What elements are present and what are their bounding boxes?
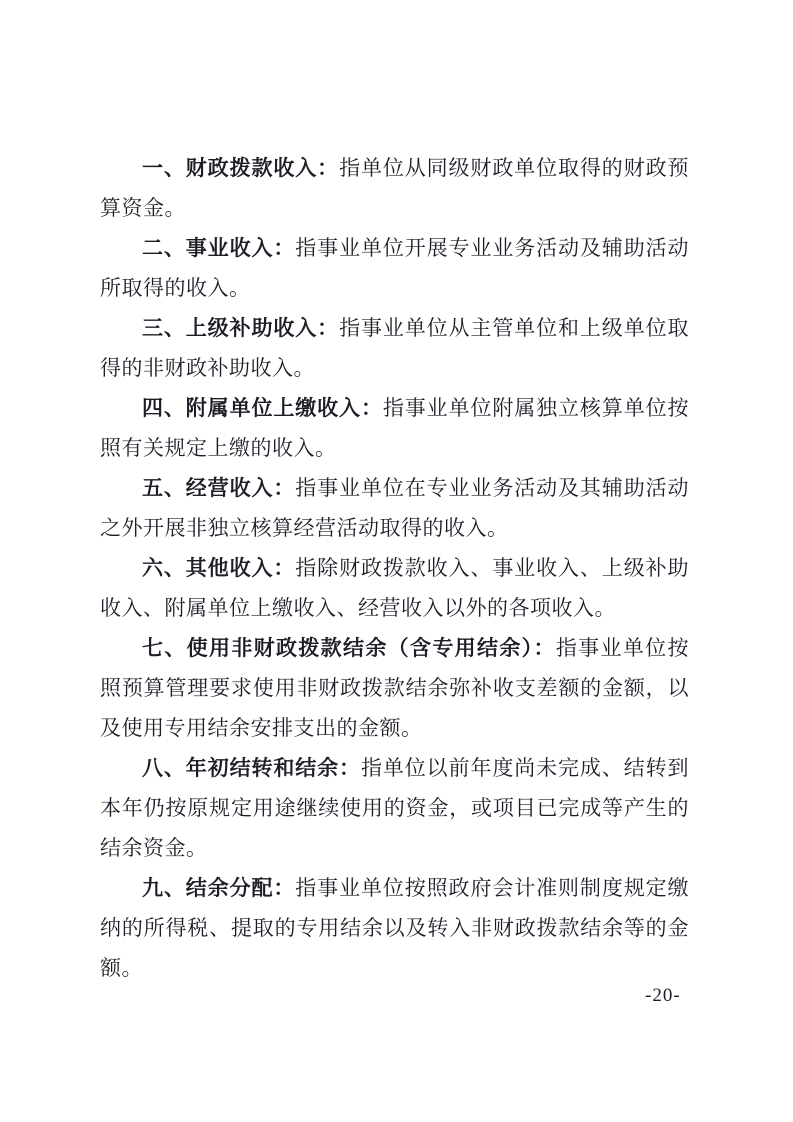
definition-paragraph: 八、年初结转和结余：指单位以前年度尚未完成、结转到本年仍按原规定用途继续使用的资…	[100, 748, 689, 868]
term-label: 五、经营收入：	[142, 476, 295, 500]
definition-paragraph: 五、经营收入：指事业单位在专业业务活动及其辅助活动之外开展非独立核算经营活动取得…	[100, 468, 689, 548]
definition-paragraph: 三、上级补助收入：指事业单位从主管单位和上级单位取得的非财政补助收入。	[100, 308, 689, 388]
term-label: 一、财政拨款收入：	[142, 156, 339, 180]
term-label: 二、事业收入：	[142, 236, 295, 260]
document-page: 一、财政拨款收入：指单位从同级财政单位取得的财政预算资金。 二、事业收入：指事业…	[0, 0, 793, 1122]
term-label: 八、年初结转和结余：	[142, 756, 361, 780]
term-label: 四、附属单位上缴收入：	[142, 396, 383, 420]
term-label: 三、上级补助收入：	[142, 316, 339, 340]
term-label: 九、结余分配：	[142, 876, 295, 900]
definition-paragraph: 六、其他收入：指除财政拨款收入、事业收入、上级补助收入、附属单位上缴收入、经营收…	[100, 548, 689, 628]
page-number: -20-	[645, 985, 681, 1007]
definition-paragraph: 四、附属单位上缴收入：指事业单位附属独立核算单位按照有关规定上缴的收入。	[100, 388, 689, 468]
term-label: 七、使用非财政拨款结余（含专用结余）：	[142, 636, 556, 660]
definition-paragraph: 九、结余分配：指事业单位按照政府会计准则制度规定缴纳的所得税、提取的专用结余以及…	[100, 868, 689, 988]
definition-paragraph: 一、财政拨款收入：指单位从同级财政单位取得的财政预算资金。	[100, 148, 689, 228]
definition-paragraph: 二、事业收入：指事业单位开展专业业务活动及辅助活动所取得的收入。	[100, 228, 689, 308]
definitions-list: 一、财政拨款收入：指单位从同级财政单位取得的财政预算资金。 二、事业收入：指事业…	[100, 148, 689, 988]
term-label: 六、其他收入：	[142, 556, 295, 580]
definition-paragraph: 七、使用非财政拨款结余（含专用结余）：指事业单位按照预算管理要求使用非财政拨款结…	[100, 628, 689, 748]
